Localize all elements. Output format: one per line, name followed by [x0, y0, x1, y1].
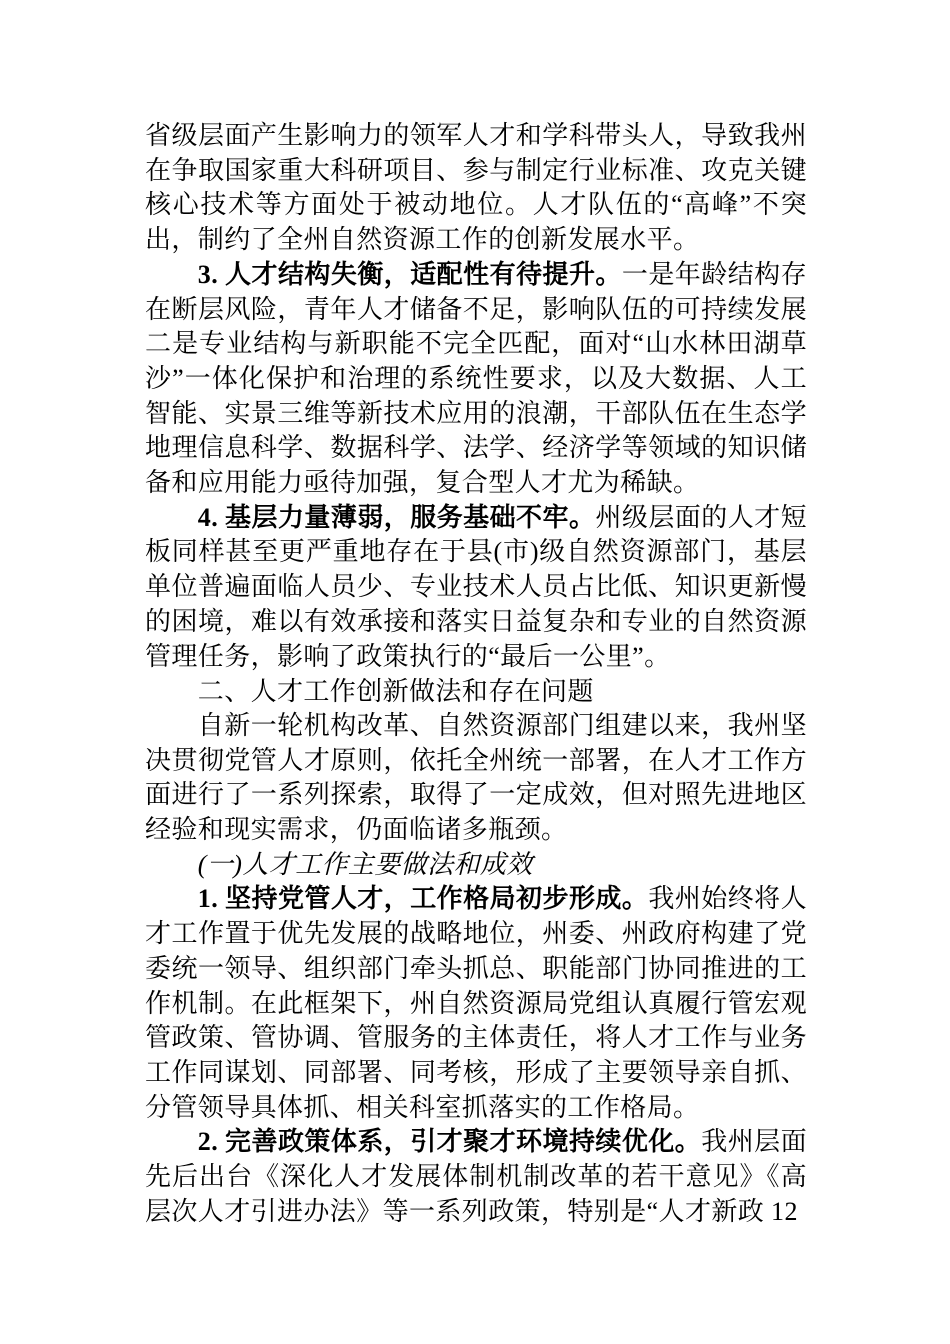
paragraph-lead-text: 1. 坚持党管人才，工作格局初步形成。 — [198, 884, 649, 913]
section-heading: 二、人才工作创新做法和存在问题 — [145, 674, 807, 709]
document-text-block: 省级层面产生影响力的领军人才和学科带头人，导致我州在争取国家重大科研项目、参与制… — [145, 119, 807, 1230]
paragraph-point-1: 1. 坚持党管人才，工作格局初步形成。我州始终将人才工作置于优先发展的战略地位，… — [145, 882, 807, 1125]
paragraph-text: 省级层面产生影响力的领军人才和学科带头人，导致我州在争取国家重大科研项目、参与制… — [145, 121, 807, 254]
paragraph-continuation: 省级层面产生影响力的领军人才和学科带头人，导致我州在争取国家重大科研项目、参与制… — [145, 119, 807, 258]
paragraph-section-intro: 自新一轮机构改革、自然资源部门组建以来，我州坚决贯彻党管人才原则，依托全州统一部… — [145, 709, 807, 848]
paragraph-text: 我州始终将人才工作置于优先发展的战略地位，州委、州政府构建了党委统一领导、组织部… — [145, 884, 807, 1121]
subsection-heading: (一)人才工作主要做法和成效 — [145, 848, 807, 883]
paragraph-lead-text: 2. 完善政策体系，引才聚才环境持续优化。 — [198, 1127, 701, 1156]
paragraph-lead-text: 3. 人才结构失衡，适配性有待提升。 — [198, 260, 622, 289]
document-page: 省级层面产生影响力的领军人才和学科带头人，导致我州在争取国家重大科研项目、参与制… — [0, 0, 950, 1344]
paragraph-point-4: 4. 基层力量薄弱，服务基础不牢。州级层面的人才短板同样甚至更严重地存在于县(市… — [145, 501, 807, 675]
paragraph-text: 二、人才工作创新做法和存在问题 — [198, 676, 594, 706]
paragraph-lead-text: 4. 基层力量薄弱，服务基础不牢。 — [198, 503, 596, 532]
paragraph-point-2: 2. 完善政策体系，引才聚才环境持续优化。我州层面先后出台《深化人才发展体制机制… — [145, 1125, 807, 1229]
paragraph-text: 一是年龄结构存在断层风险，青年人才储备不足，影响队伍的可持续发展二是专业结构与新… — [145, 260, 807, 497]
paragraph-point-3: 3. 人才结构失衡，适配性有待提升。一是年龄结构存在断层风险，青年人才储备不足，… — [145, 258, 807, 501]
paragraph-text: (一)人才工作主要做法和成效 — [198, 850, 533, 879]
paragraph-text: 自新一轮机构改革、自然资源部门组建以来，我州坚决贯彻党管人才原则，依托全州统一部… — [145, 711, 807, 844]
